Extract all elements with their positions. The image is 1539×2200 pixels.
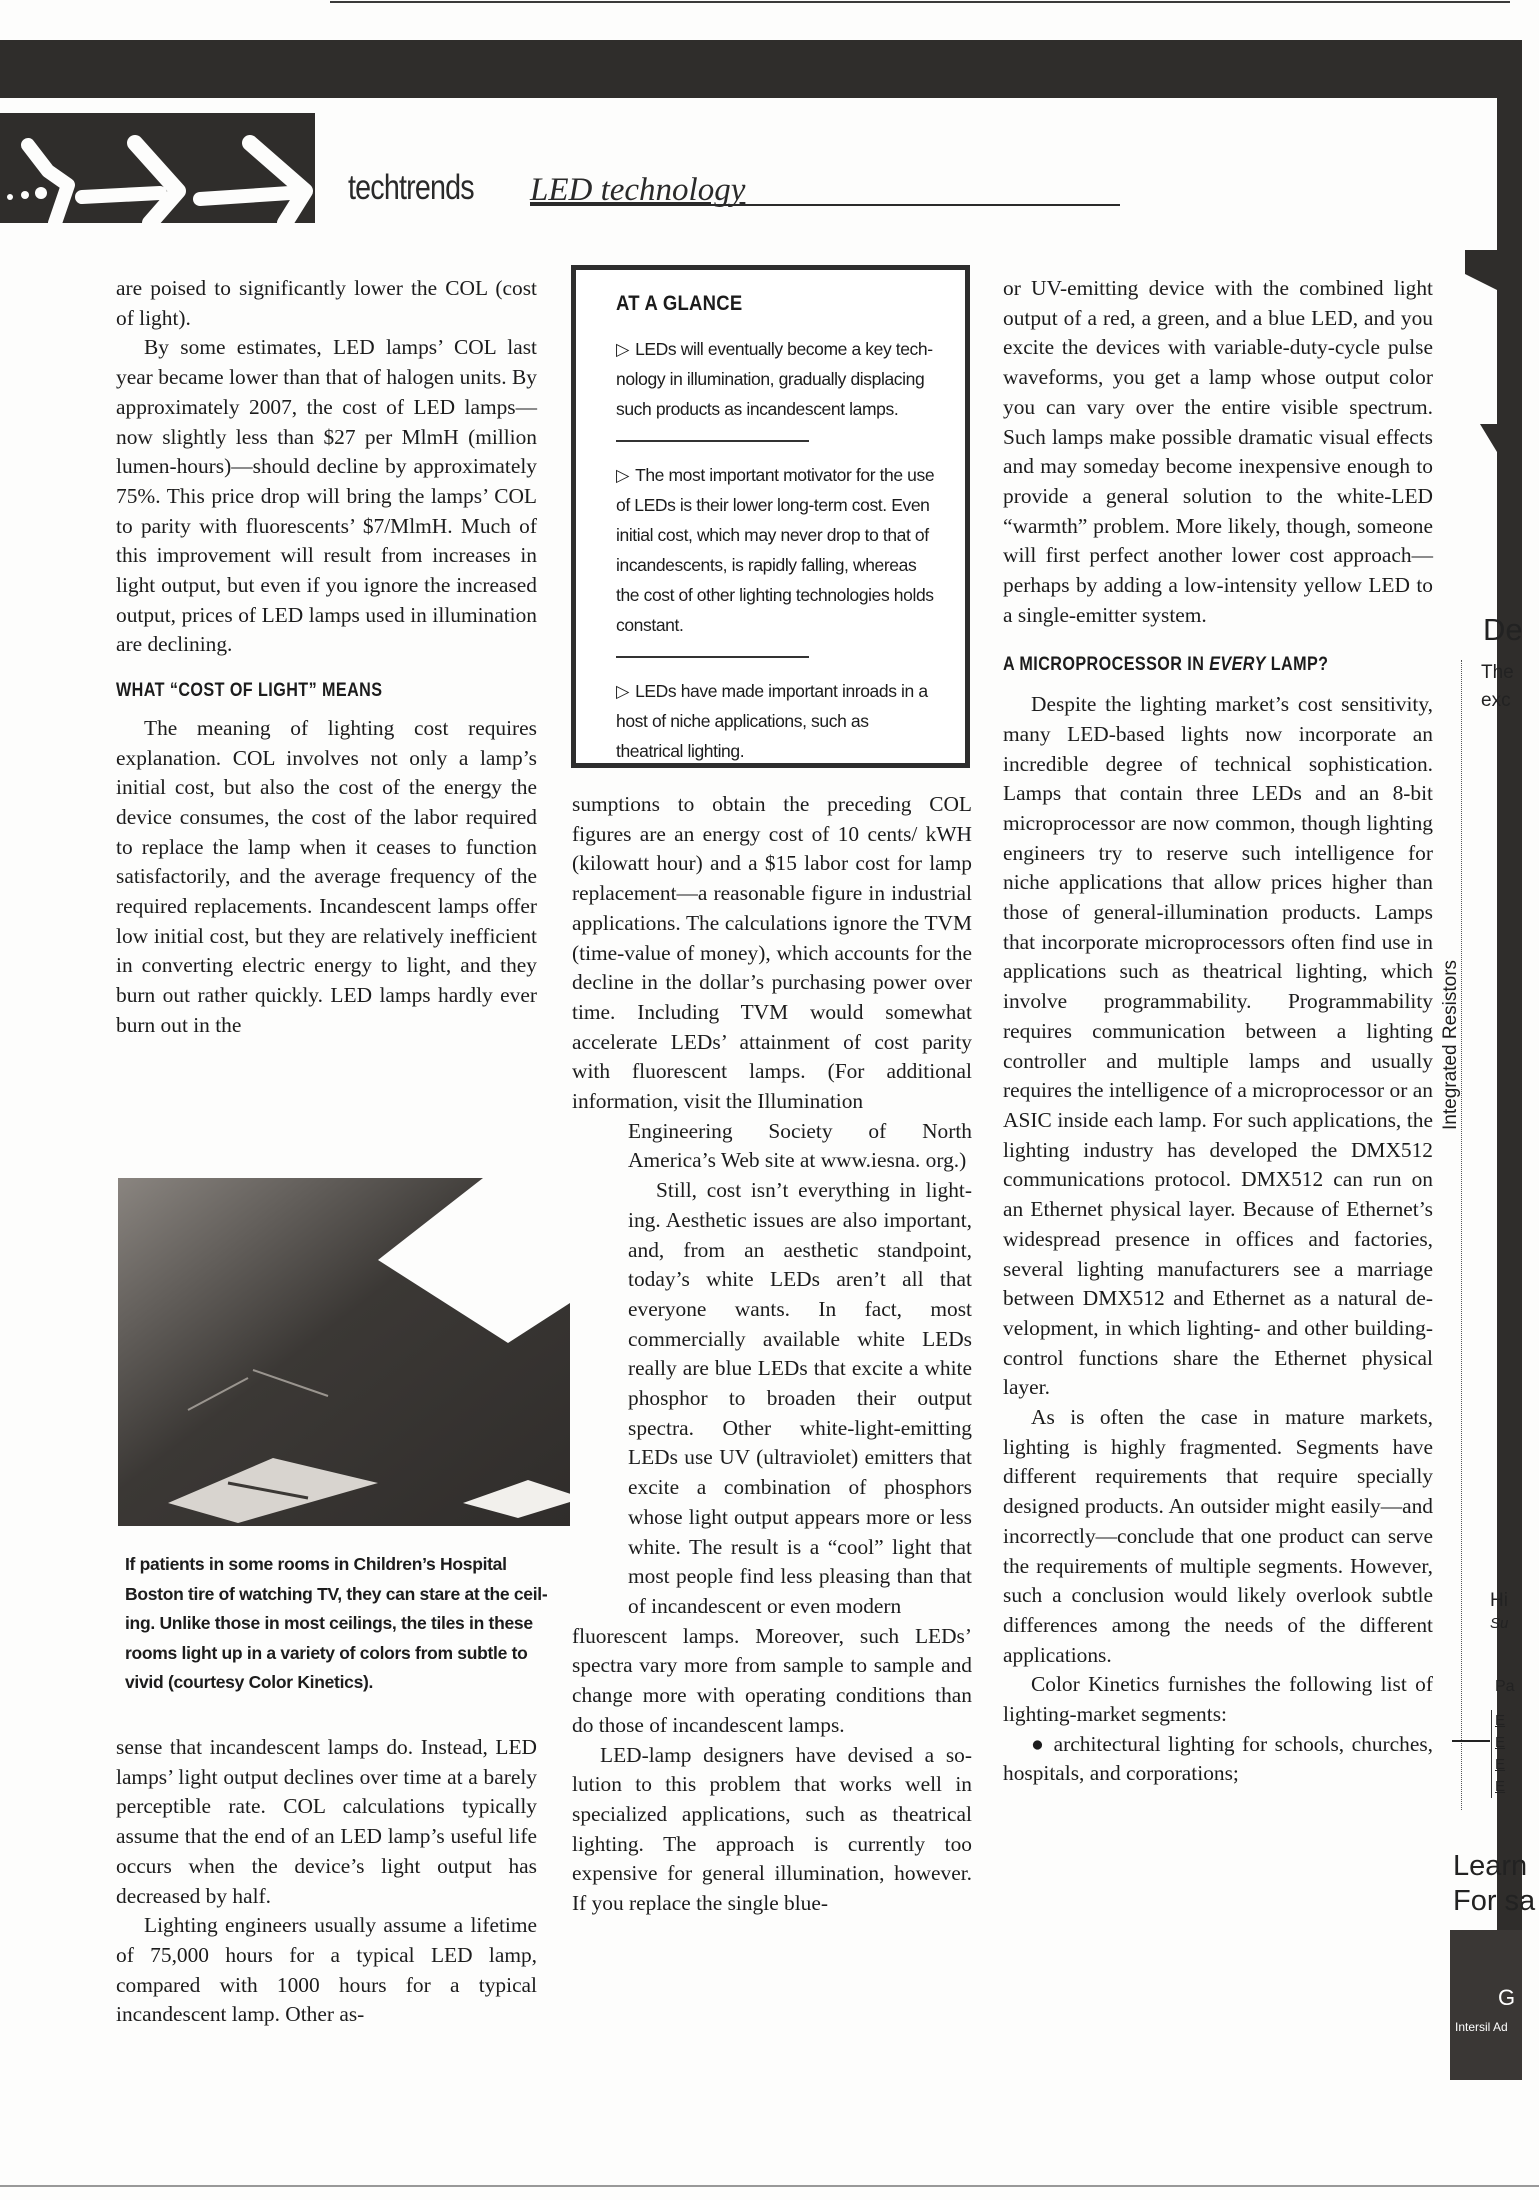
ad-text-fragment: Intersil Ad (1455, 2020, 1508, 2034)
triangle-right-icon: ▷ (616, 465, 629, 485)
ad-rotated-label: Integrated Resistors (1440, 960, 1462, 1130)
page-bottom-edge (0, 2185, 1539, 2187)
ad-text-fragment: exc (1481, 690, 1511, 712)
ad-tab-shape (1480, 424, 1497, 452)
paragraph: Still, cost isn’t everything in light­in… (628, 1176, 972, 1622)
triangle-right-icon: ▷ (616, 681, 629, 701)
ad-heading-fragment: De (1483, 612, 1523, 648)
ad-tab-shape (1465, 250, 1497, 290)
column-2: sumptions to obtain the preceding COL fi… (572, 790, 972, 1919)
paragraph: are poised to significantly lower the CO… (116, 274, 537, 333)
paragraph: or UV-emitting device with the com­bined… (1003, 274, 1433, 630)
header-rule (530, 204, 1120, 206)
triangle-right-icon: ▷ (616, 339, 629, 359)
figure-caption: If patients in some rooms in Children’s … (125, 1550, 565, 1698)
ad-text-fragment: For sa (1453, 1885, 1535, 1918)
paragraph: Color Kinetics furnishes the following l… (1003, 1670, 1433, 1729)
column-1: are poised to significantly lower the CO… (116, 274, 537, 1041)
section-heading: WHAT “COST OF LIGHT” MEANS (116, 676, 474, 706)
paragraph-wrap: Engineering Society of North America’s W… (628, 1117, 972, 1176)
ad-text-fragment: Learn (1453, 1850, 1527, 1883)
section-title: techtrends (348, 168, 474, 208)
ad-text-fragment: Su (1490, 1615, 1508, 1632)
ad-text-fragment: G (1498, 1985, 1515, 2011)
divider (616, 440, 809, 442)
ad-pointer-line (1452, 1740, 1490, 1742)
column-3: or UV-emitting device with the com­bined… (1003, 274, 1433, 1789)
paragraph: sense that incandescent lamps do. In­ste… (116, 1733, 537, 1911)
list-item: ● architectural lighting for schools, ch… (1003, 1730, 1433, 1789)
paragraph: The meaning of lighting cost requires ex… (116, 714, 537, 1041)
glance-item: ▷LEDs will eventually become a key tech­… (616, 334, 935, 424)
glance-item: ▷LEDs have made important inroads in a h… (616, 676, 935, 766)
paragraph: fluorescent lamps. Moreover, such LEDs’ … (572, 1622, 972, 1741)
paragraph: sumptions to obtain the preceding COL fi… (572, 790, 972, 1117)
glance-item: ▷The most important motivator for the us… (616, 460, 935, 640)
bullet-dot-icon: ● (1031, 1732, 1046, 1756)
paragraph: Lighting engineers usually assume a life… (116, 1911, 537, 2030)
at-a-glance-title: AT A GLANCE (616, 292, 897, 316)
column-1-continued: sense that incandescent lamps do. In­ste… (116, 1733, 537, 2030)
top-edge-rule (330, 1, 1510, 3)
paragraph: By some estimates, LED lamps’ COL last y… (116, 333, 537, 660)
ad-text-fragment: The (1481, 662, 1514, 684)
ad-dotted-rule (1461, 660, 1463, 1810)
ad-text-fragment: Hi (1490, 1590, 1508, 1612)
ad-text-fragment: Pa (1495, 1678, 1515, 1696)
header-band (0, 40, 1522, 98)
paragraph: As is often the case in mature markets, … (1003, 1403, 1433, 1670)
ad-list-fragment: E E E E (1491, 1710, 1505, 1798)
section-heading: A MICROPROCESSOR IN EVERY LAMP? (1003, 650, 1369, 680)
at-a-glance-box: AT A GLANCE ▷LEDs will eventually become… (571, 265, 970, 768)
paragraph: LED-lamp designers have devised a so­lut… (572, 1741, 972, 1919)
ceiling-photo (118, 1178, 570, 1526)
divider (616, 656, 809, 658)
paragraph: Despite the lighting market’s cost sen­s… (1003, 690, 1433, 1403)
double-arrow-logo-icon (0, 113, 315, 223)
